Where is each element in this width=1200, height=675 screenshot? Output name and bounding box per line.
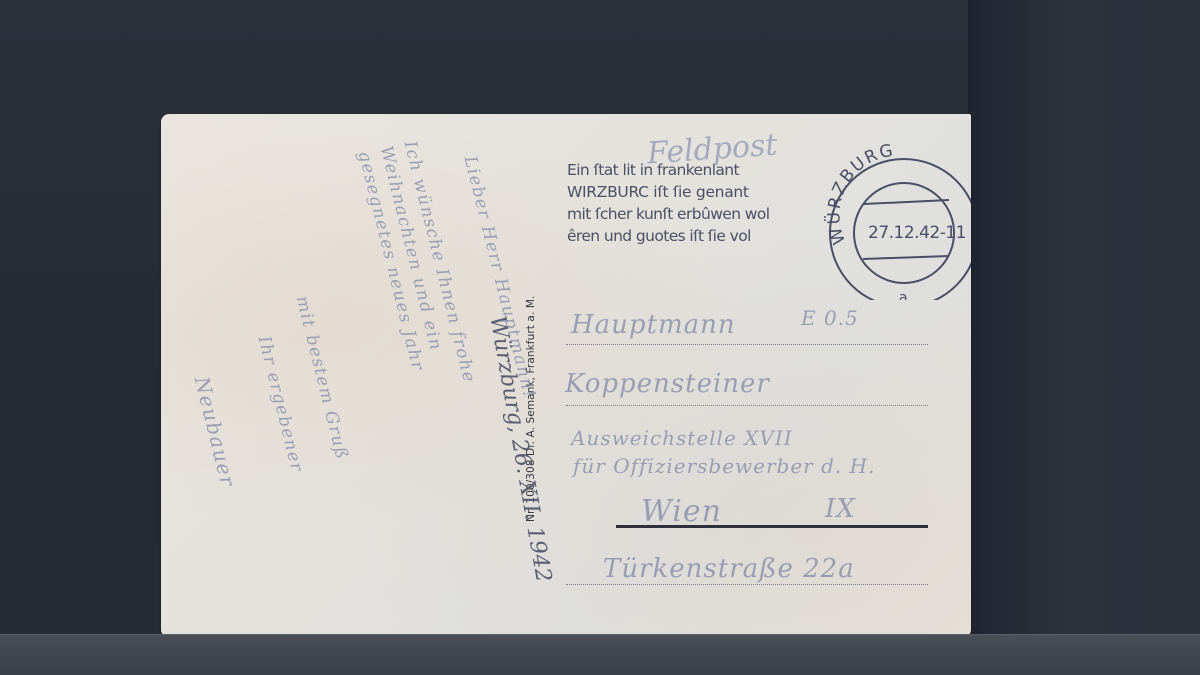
message-line: mit bestem Gruß (292, 294, 352, 462)
display-shelf (0, 634, 1200, 675)
address-line (566, 405, 928, 406)
slogan-line: êren und guotes iſt ſie vol (567, 225, 837, 247)
postmark-code: a (899, 290, 908, 300)
message-line: Ihr ergebener (254, 334, 307, 475)
postcard: Feldpost Ein ſtat lit in frankenlant WIR… (161, 114, 971, 636)
slogan-cancel: Ein ſtat lit in frankenlant WIRZBURC iſt… (567, 159, 837, 247)
dark-backdrop (968, 0, 1200, 640)
address-line (566, 344, 928, 345)
slogan-line: WIRZBURC iſt ſie genant (567, 181, 837, 203)
postmark-date: 27.12.42-11 (868, 223, 966, 243)
margin-note: E 0.5 (801, 306, 859, 330)
address-district: IX (825, 494, 856, 524)
address-name: Koppensteiner (565, 369, 770, 399)
address-street: Türkenstraße 22a (603, 554, 855, 584)
signature: Neubauer (190, 374, 241, 490)
address-rank: Hauptmann (571, 310, 736, 340)
slogan-line: mit ſcher kunſt erbûwen wol (567, 203, 837, 225)
address-city: Wien (641, 494, 722, 529)
address-unit-2: für Offiziersbewerber d. H. (573, 454, 875, 478)
slogan-line: Ein ſtat lit in frankenlant (567, 159, 837, 181)
address-unit: Ausweichstelle XVII (571, 426, 793, 450)
wuerzburg-postmark-icon: WÜRZBURG 27.12.42-11 a (806, 138, 971, 300)
address-line (566, 584, 928, 585)
